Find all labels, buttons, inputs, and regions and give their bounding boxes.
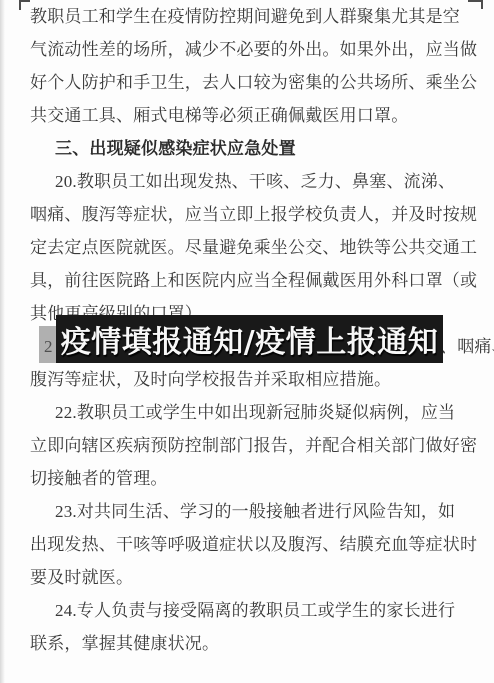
document-line: 22.教职员工或学生中如出现新冠肺炎疑似病例，应当 (30, 396, 472, 429)
watermark-banner: 疫情填报通知/疫情上报通知 (56, 315, 443, 363)
scan-edge-shadow (0, 0, 5, 683)
document-line: 共交通工具、厢式电梯等必须正确佩戴医用口罩。 (30, 99, 472, 132)
watermark-banner-side-strip (39, 326, 57, 363)
document-line: 具，前往医院路上和医院内应当全程佩戴医用外科口罩（或 (30, 264, 472, 297)
document-line: 腹泻等症状，及时向学校报告并采取相应措施。 (30, 363, 472, 396)
document-line: 三、出现疑似感染症状应急处置 (30, 132, 472, 165)
document-line: 气流动性差的场所，减少不必要的外出。如果外出，应当做 (30, 33, 472, 66)
document-line: 23.对共同生活、学习的一般接触者进行风险告知，如 (30, 495, 472, 528)
obscured-line-right-fragment: 、咽痛、 (440, 330, 494, 363)
watermark-banner-title: 疫情填报通知/疫情上报通知 (61, 317, 438, 361)
document-line: 教职员工和学生在疫情防控期间避免到人群聚集尤其是空 (30, 0, 472, 33)
document-line: 联系，掌握其健康状况。 (30, 627, 472, 660)
document-line: 要及时就医。 (30, 561, 472, 594)
document-line: 立即向辖区疾病预防控制部门报告，并配合相关部门做好密 (30, 429, 472, 462)
document-line: 出现发热、干咳等呼吸道症状以及腹泻、结膜充血等症状时 (30, 528, 472, 561)
document-line: 20.教职员工如出现发热、干咳、乏力、鼻塞、流涕、 (30, 165, 472, 198)
document-line: 好个人防护和手卫生，去人口较为密集的公共场所、乘坐公 (30, 66, 472, 99)
document-line: 咽痛、腹泻等症状，应当立即上报学校负责人，并及时按规 (30, 198, 472, 231)
scan-corner-mark-top-left (19, 0, 30, 10)
document-line: 24.专人负责与接受隔离的教职员工或学生的家长进行 (30, 594, 472, 627)
document-page: 教职员工和学生在疫情防控期间避免到人群聚集尤其是空气流动性差的场所，减少不必要的… (0, 0, 494, 683)
document-line: 切接触者的管理。 (30, 462, 472, 495)
document-line: 定去定点医院就医。尽量避免乘坐公交、地铁等公共交通工 (30, 231, 472, 264)
